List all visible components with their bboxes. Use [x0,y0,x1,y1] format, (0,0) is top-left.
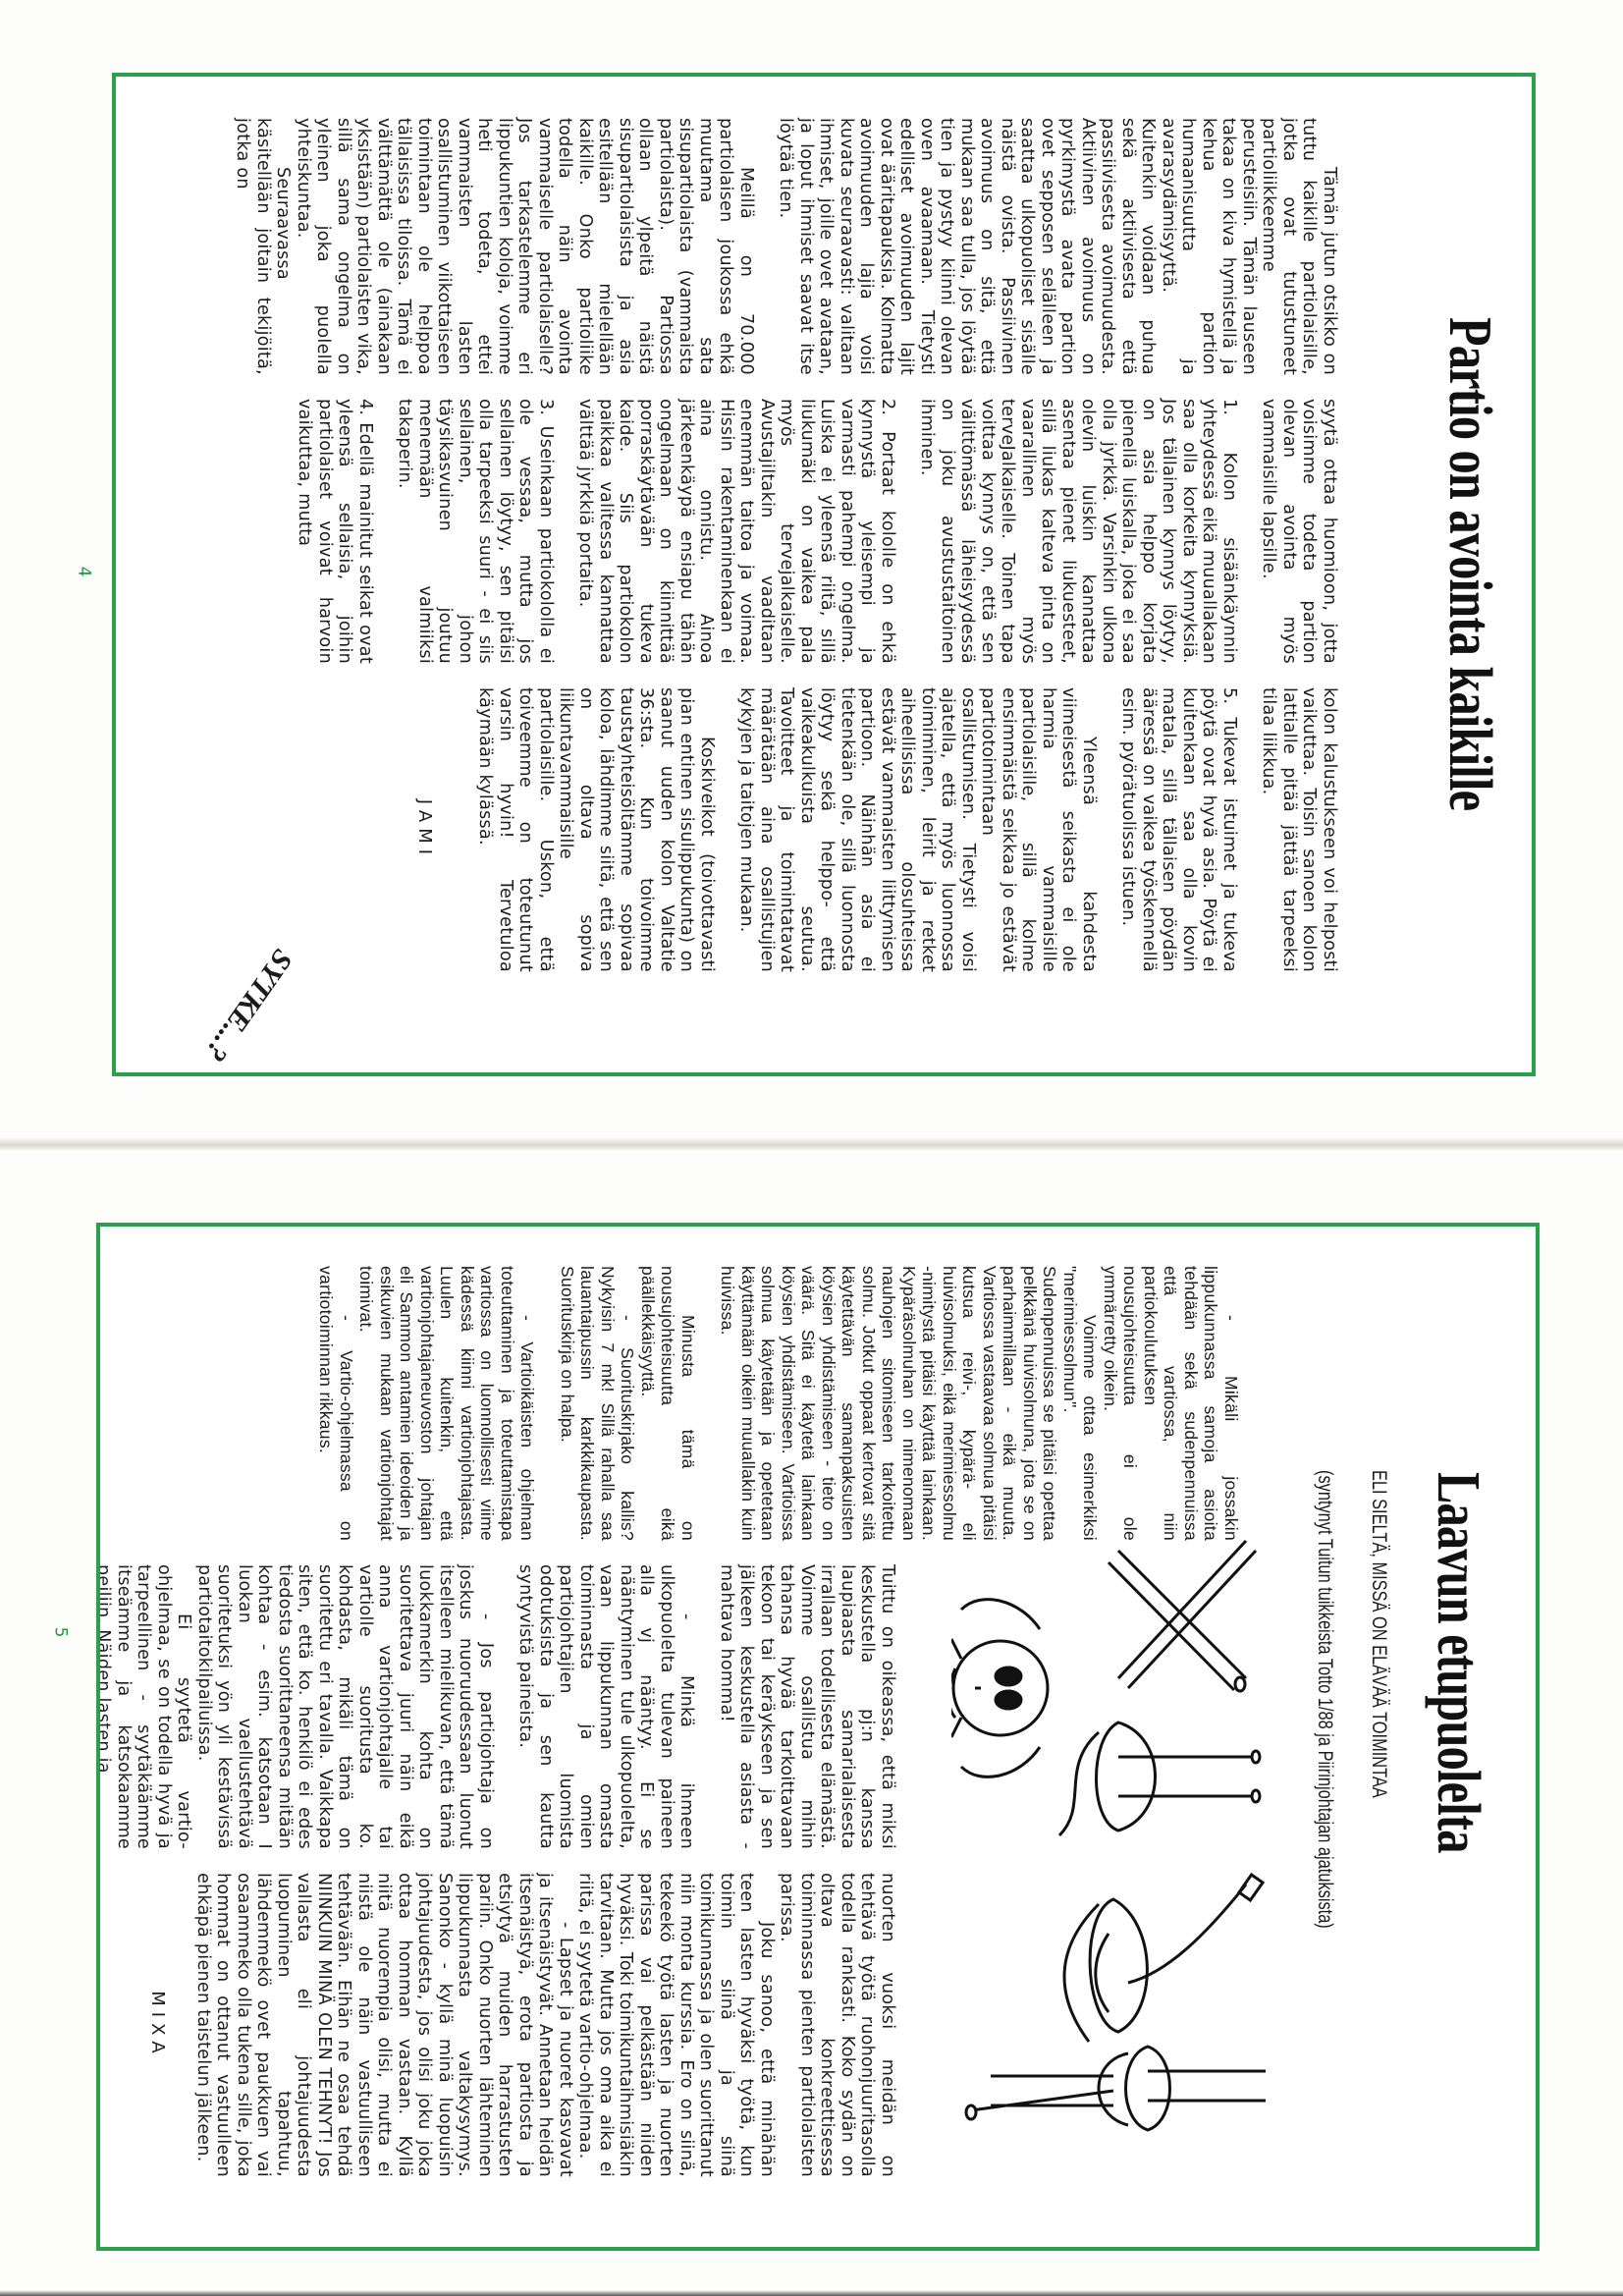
numbered-paragraph-3: 3. Useinkaan partiokololla ei ole vessaa… [395,399,556,664]
paragraph: kolon kalustukseen voi helposti vaikutta… [1259,687,1339,972]
paragraph: Seuraavassa käsitellään joitain tekijöit… [233,118,294,375]
paragraph: Joku sanoo, että minähän teen lasten hyv… [575,1873,777,2177]
page-5-column-1: - Mikäli jossakin lippukunnassa samoja a… [112,1266,1251,1541]
paragraph: - Vartioikäisten ohjelman toteuttaminen … [356,1266,538,1541]
paragraph: - Mikäli jossakin lippukunnassa samoja a… [1101,1266,1242,1541]
paragraph: - Vartio-ohjelmassa on vartiotoiminnan r… [316,1266,356,1541]
paragraph: Yleensä kahdesta viimeisestä seikasta ei… [736,687,1099,972]
page-5-columns: - Mikäli jossakin lippukunnassa samoja a… [112,1266,1251,2209]
page-5-subtitle: ELI SIELTÄ, MISSÄ ON ELÄVÄÄ TOIMINTAA [1367,1470,1390,1798]
paragraph: Tuittu on oikeassa, että miksi keskustel… [717,1564,898,1849]
page-4-column-1: Tämän jutun otsikko on tuttu kaikille pa… [141,118,1339,375]
paragraph: Tämän jutun otsikko on tuttu kaikille pa… [776,118,1339,375]
page-5: Laavun etupuolelta ELI SIELTÄ, MISSÄ ON … [96,1223,1540,2251]
page-5-source-note: (syntynyt Tuitun tuikkeista Totto 1/88 j… [1313,1470,1336,1929]
paragraph: Voimme ottaa esimerkiksi "merimiessolmun… [718,1266,1101,1541]
page-4: Partio on avointa kaikille Tämän jutun o… [112,73,1536,1076]
paragraph: Ei syytetä vartio-ohjelmaa, se on todell… [96,1564,194,1849]
paragraph: syytä ottaa huomioon, jotta voisimme tod… [1259,399,1339,664]
page-number-5: 5 [50,1627,70,1638]
numbered-paragraph-2: 2. Portaat kololle on ehkä kynnystä ylei… [575,399,897,664]
numbered-paragraph-4: 4. Edellä mainitut seikat ovat yleensä s… [295,399,375,664]
numbered-paragraph-5: 5. Tukevat istuimet ja tukeva pöytä ovat… [1118,687,1239,972]
page-number-4: 4 [74,567,93,577]
page-4-columns: Tämän jutun otsikko on tuttu kaikille pa… [141,118,1339,1037]
page-5-column-3: nuorten vuoksi meidän on tehtävä työtä r… [112,1873,1251,2177]
paragraph: Koskiveikot (toivottavasti pian entinen … [475,687,717,972]
page-4-column-2: syytä ottaa huomioon, jotta voisimme tod… [141,399,1339,664]
paragraph: Minusta tämä on nousujohteisuutta eikä p… [638,1266,699,1541]
numbered-paragraph-1: 1. Kolon sisäänkäynnin yhteydessä eikä m… [917,399,1239,664]
page-4-column-3: kolon kalustukseen voi helposti vaikutta… [141,687,1339,972]
page-5-title: Laavun etupuolelta [1423,1472,1492,1853]
page-5-column-2: Tuittu on oikeassa, että miksi keskustel… [112,1564,1251,1849]
paragraph: - Minkä ihmeen ulkopuolelta tulevan pain… [515,1564,697,1849]
page-4-title: Partio on avointa kaikille [1434,317,1504,810]
paragraph: - Jos partiojohtaja on joskus nuoruudess… [194,1564,497,1849]
paragraph: Meillä on 70.000 partiolaisen joukossa e… [294,118,757,375]
paragraph: - Lapset ja nuoret kasvavat ja itsenäist… [193,1873,576,2177]
page-fold-crease [0,1137,1623,1151]
paragraph: nuorten vuoksi meidän on tehtävä työtä r… [777,1873,897,2177]
scan-edge [0,2290,1623,2296]
author-signature: JAMI [414,687,435,972]
author-signature: MIXA [147,1873,168,2177]
paragraph: - Suorituskirjako kallis? Nykyisin 7 mk!… [558,1266,638,1541]
